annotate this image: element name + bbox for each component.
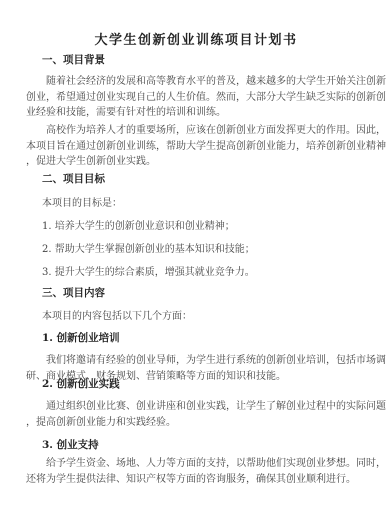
text-line: 我们将邀请有经验的创业导师，为学生进行系统的创新创业培训，包括市场调 <box>26 353 360 369</box>
subsection-heading-support: 3. 创业支持 <box>42 437 99 452</box>
document-page: 大学生创新创业训练项目计划书 一、项目背景 随着社会经济的发展和高等教育水平的普… <box>0 0 392 508</box>
text-line: 还将为学生提供法律、知识产权等方面的咨询服务，确保其创业顺利进行。 <box>26 472 360 488</box>
paragraph-background-2: 高校作为培养人才的重要场所，应该在创新创业方面发挥更大的作用。因此， 本项目旨在… <box>26 123 360 170</box>
text-line: 随着社会经济的发展和高等教育水平的普及，越来越多的大学生开始关注创新 <box>26 74 360 90</box>
subsection-heading-training: 1. 创新创业培训 <box>42 330 120 345</box>
goal-item-3: 3. 提升大学生的综合素质，增强其就业竞争力。 <box>42 263 255 278</box>
paragraph-support: 给予学生资金、场地、人力等方面的支持，以帮助他们实现创业梦想。同时， 还将为学生… <box>26 456 360 487</box>
section-heading-background: 一、项目背景 <box>42 52 105 67</box>
text-line: 高校作为培养人才的重要场所，应该在创新创业方面发挥更大的作用。因此， <box>26 123 360 139</box>
text-line: ，促进大学生创新创业实践。 <box>26 154 360 170</box>
text-line: 业经验和技能，需要有针对性的培训和训练。 <box>26 105 360 121</box>
content-intro: 本项目的内容包括以下几个方面： <box>42 307 192 322</box>
goals-intro: 本项目的目标是： <box>42 194 122 209</box>
paragraph-practice: 通过组织创业比赛、创业讲座和创业实践，让学生了解创业过程中的实际问题 ，提高创新… <box>26 399 360 430</box>
text-line: 创业，希望通过创业实现自己的人生价值。然而，大部分大学生缺乏实际的创新创 <box>26 90 360 106</box>
document-title: 大学生创新创业训练项目计划书 <box>0 29 392 48</box>
section-heading-goals: 二、项目目标 <box>42 171 105 186</box>
text-line: ，提高创新创业能力和实践经验。 <box>26 415 360 431</box>
text-line: 本项目旨在通过创新创业训练，帮助大学生提高创新创业能力，培养创新创业精神 <box>26 139 360 155</box>
text-line: 给予学生资金、场地、人力等方面的支持，以帮助他们实现创业梦想。同时， <box>26 456 360 472</box>
goal-item-1: 1. 培养大学生的创新创业意识和创业精神； <box>42 217 235 232</box>
section-heading-content: 三、项目内容 <box>42 285 105 300</box>
subsection-heading-practice: 2. 创新创业实践 <box>42 376 120 391</box>
goal-item-2: 2. 帮助大学生掌握创新创业的基本知识和技能； <box>42 240 255 255</box>
text-line: 通过组织创业比赛、创业讲座和创业实践，让学生了解创业过程中的实际问题 <box>26 399 360 415</box>
paragraph-background-1: 随着社会经济的发展和高等教育水平的普及，越来越多的大学生开始关注创新 创业，希望… <box>26 74 360 121</box>
